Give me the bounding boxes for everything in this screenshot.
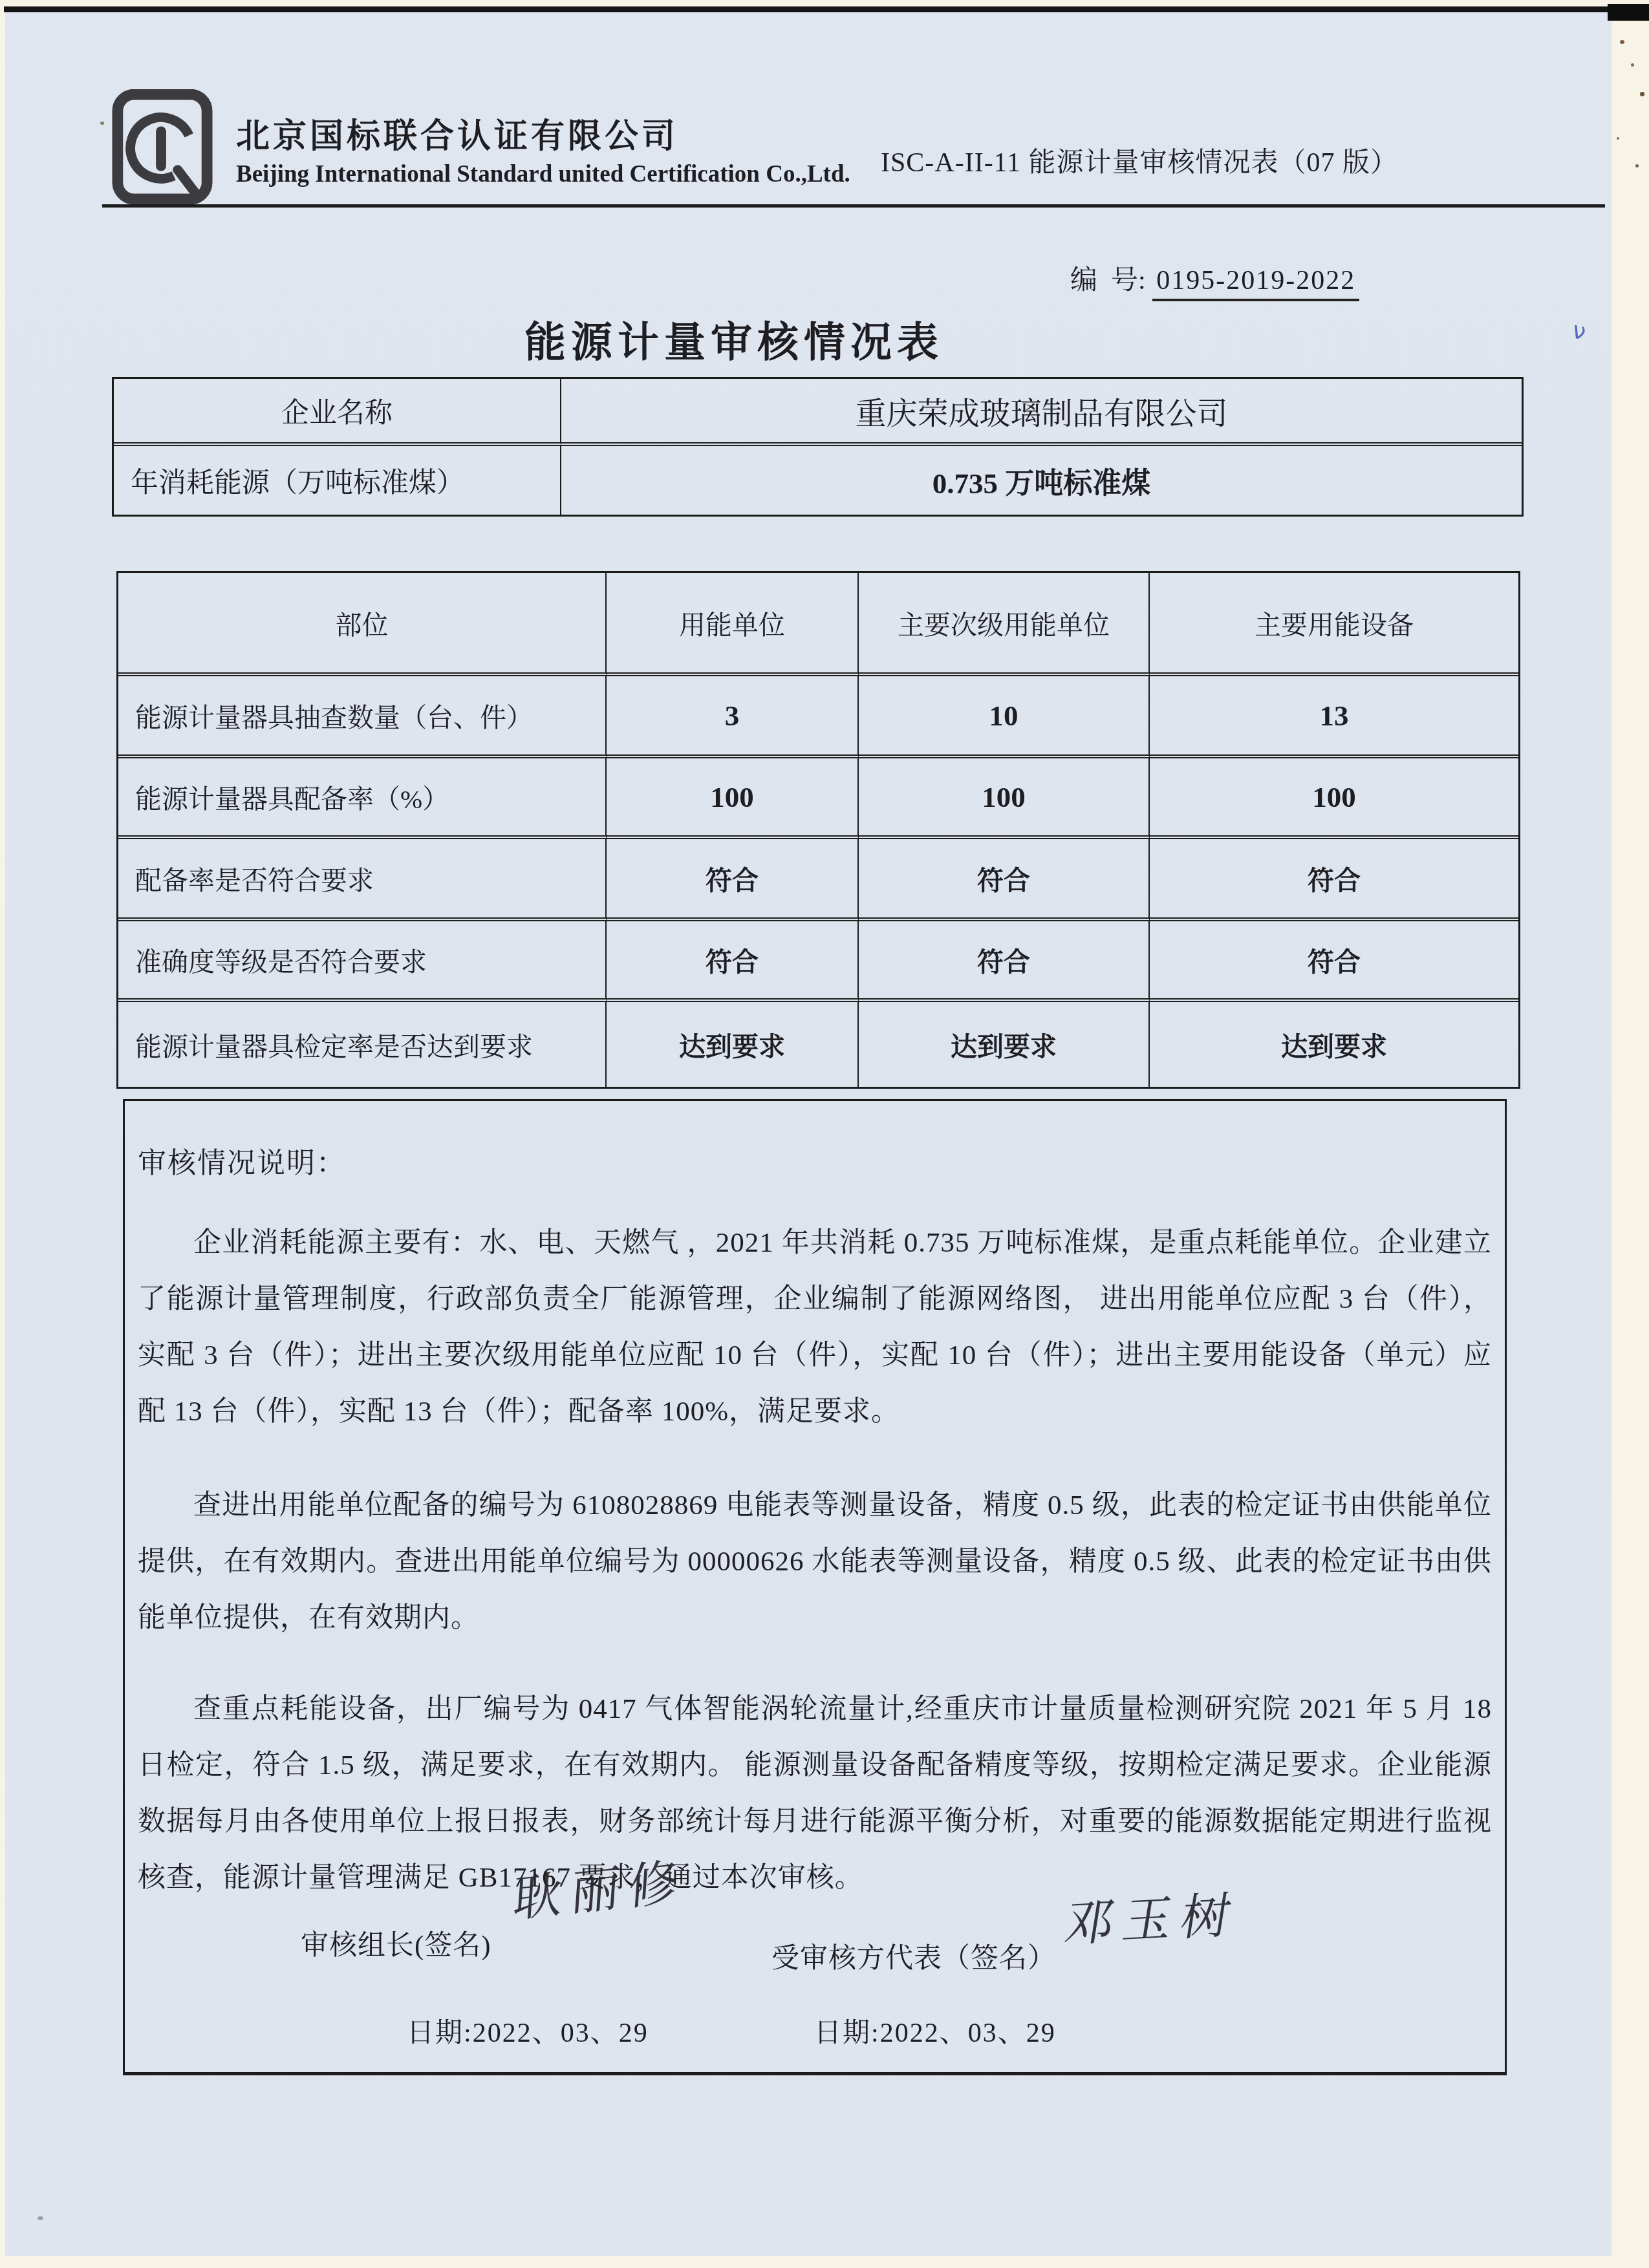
org-name-en: Beijing International Standard united Ce…	[236, 160, 850, 188]
audit-cell: 符合	[1150, 839, 1518, 921]
audit-cell: 符合	[859, 839, 1150, 921]
serial-line: 编 号: 0195-2019-2022	[1070, 259, 1359, 301]
serial-label: 编 号:	[1070, 266, 1152, 295]
document-title: 能源计量审核情况表	[479, 309, 989, 369]
auditee-handwritten-signature: 邓玉树	[1060, 1875, 1245, 1955]
audit-row-label: 准确度等级是否符合要求	[118, 921, 607, 1002]
scan-speck	[1617, 137, 1619, 140]
audit-header-cell: 用能单位	[607, 573, 859, 676]
scan-speck	[1640, 92, 1644, 96]
scan-top-edge-bar	[4, 6, 1649, 12]
audit-header-cell: 主要用能设备	[1150, 573, 1518, 676]
audit-header-cell: 部位	[118, 573, 607, 676]
info-row-label: 年消耗能源（万吨标准煤）	[114, 446, 561, 515]
audit-cell: 符合	[1150, 921, 1518, 1002]
auditor-signature-label: 审核组长(签名)	[301, 1923, 491, 1963]
audit-row-label: 配备率是否符合要求	[118, 839, 607, 921]
audit-cell: 3	[607, 676, 859, 758]
serial-number: 0195-2019-2022	[1152, 265, 1359, 301]
scan-speck	[38, 2216, 43, 2220]
audit-cell: 符合	[607, 921, 859, 1002]
audit-cell: 符合	[859, 921, 1150, 1002]
scanned-document-page: { "colors": { "paper_bg": "#dde4ee", "in…	[0, 0, 1649, 2268]
audit-cell: 符合	[607, 839, 859, 921]
notes-paragraph: 查重点耗能设备，出厂编号为 0417 气体智能涡轮流量计,经重庆市计量质量检测研…	[138, 1681, 1492, 1906]
audit-row-label: 能源计量器具配备率（%）	[118, 758, 607, 839]
info-table: 企业名称 重庆荣成玻璃制品有限公司 年消耗能源（万吨标准煤） 0.735 万吨标…	[112, 377, 1524, 517]
audit-row-label: 能源计量器具检定率是否达到要求	[118, 1002, 607, 1087]
auditee-signature-label: 受审核方代表（签名）	[771, 1936, 1056, 1976]
scan-speck	[1631, 63, 1634, 67]
scan-speck	[100, 122, 104, 125]
scan-speck	[1620, 40, 1624, 44]
auditee-date: 日期:2022、03、29	[814, 2011, 1056, 2050]
audit-table: 部位 用能单位 主要次级用能单位 主要用能设备 能源计量器具抽查数量（台、件） …	[116, 571, 1520, 1089]
audit-cell: 达到要求	[859, 1002, 1150, 1087]
form-code: ISC-A-II-11 能源计量审核情况表（07 版）	[881, 141, 1398, 180]
audit-notes-box: 审核情况说明： 企业消耗能源主要有：水、电、天燃气 ，2021 年共消耗 0.7…	[123, 1099, 1507, 2075]
audit-cell: 达到要求	[607, 1002, 859, 1087]
audit-cell: 13	[1150, 676, 1518, 758]
notes-paragraph: 查进出用能单位配备的编号为 6108028869 电能表等测量设备，精度 0.5…	[138, 1477, 1492, 1646]
scan-speck	[1635, 164, 1639, 167]
audit-header-cell: 主要次级用能单位	[859, 573, 1150, 676]
auditor-date: 日期:2022、03、29	[407, 2011, 649, 2050]
company-name-value: 重庆荣成玻璃制品有限公司	[561, 379, 1522, 446]
annual-energy-value: 0.735 万吨标准煤	[561, 446, 1522, 515]
org-name-cn: 北京国标联合认证有限公司	[236, 109, 678, 157]
audit-cell: 100	[607, 758, 859, 839]
header-divider	[102, 204, 1605, 208]
notes-paragraph: 企业消耗能源主要有：水、电、天燃气 ，2021 年共消耗 0.735 万吨标准煤…	[138, 1215, 1492, 1440]
audit-cell: 100	[1150, 758, 1518, 839]
audit-cell: 100	[859, 758, 1150, 839]
audit-row-label: 能源计量器具抽查数量（台、件）	[118, 676, 607, 758]
notes-heading: 审核情况说明：	[138, 1140, 1505, 1181]
audit-cell: 10	[859, 676, 1150, 758]
certification-logo	[111, 89, 213, 204]
scan-top-right-block	[1608, 4, 1649, 21]
audit-cell: 达到要求	[1150, 1002, 1518, 1087]
info-row-label: 企业名称	[114, 379, 561, 446]
